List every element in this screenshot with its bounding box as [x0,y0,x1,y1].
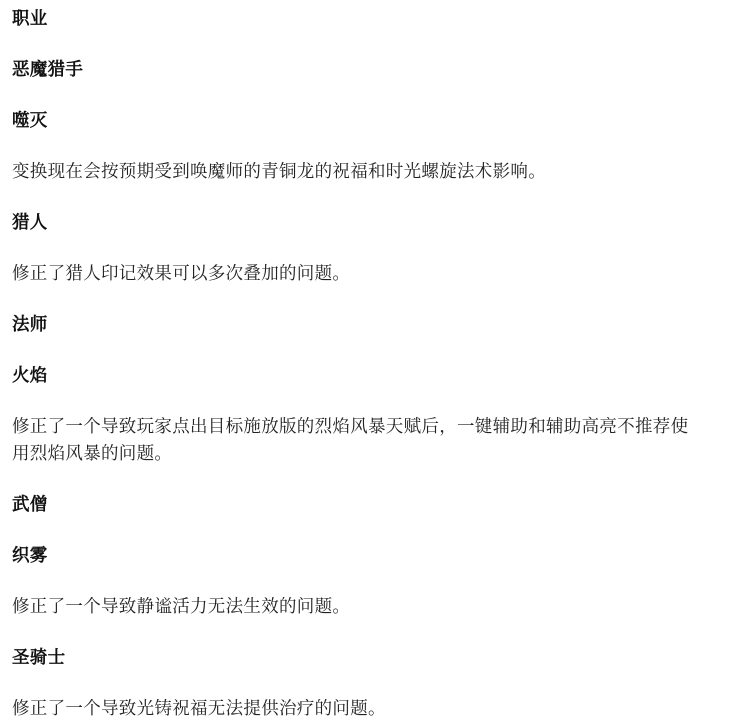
patch-notes-page: { "page": { "background_color": "#ffffff… [0,0,746,728]
heading-mistweaver-spec: 织雾 [12,542,690,569]
patch-notes-content: 职业 恶魔猎手 噬灭 变换现在会按预期受到唤魔师的青铜龙的祝福和时光螺旋法术影响… [0,0,746,722]
heading-demon-hunter: 恶魔猎手 [12,56,690,83]
heading-monk: 武僧 [12,491,690,518]
heading-mage: 法师 [12,311,690,338]
heading-paladin: 圣骑士 [12,644,690,671]
paragraph-tranquil-vitality-fix: 修正了一个导致静谧活力无法生效的问题。 [12,593,690,620]
paragraph-metamorphosis-evoker-fix: 变换现在会按预期受到唤魔师的青铜龙的祝福和时光螺旋法术影响。 [12,158,690,185]
heading-fire-spec: 火焰 [12,362,690,389]
paragraph-flamestrike-assist-fix: 修正了一个导致玩家点出目标施放版的烈焰风暴天赋后，一键辅助和辅助高亮不推荐使用烈… [12,413,690,467]
heading-classes: 职业 [12,5,690,32]
heading-devour-spec: 噬灭 [12,107,690,134]
heading-hunter: 猎人 [12,209,690,236]
paragraph-hunters-mark-fix: 修正了猎人印记效果可以多次叠加的问题。 [12,260,690,287]
paragraph-lightforged-blessing-fix: 修正了一个导致光铸祝福无法提供治疗的问题。 [12,695,690,722]
